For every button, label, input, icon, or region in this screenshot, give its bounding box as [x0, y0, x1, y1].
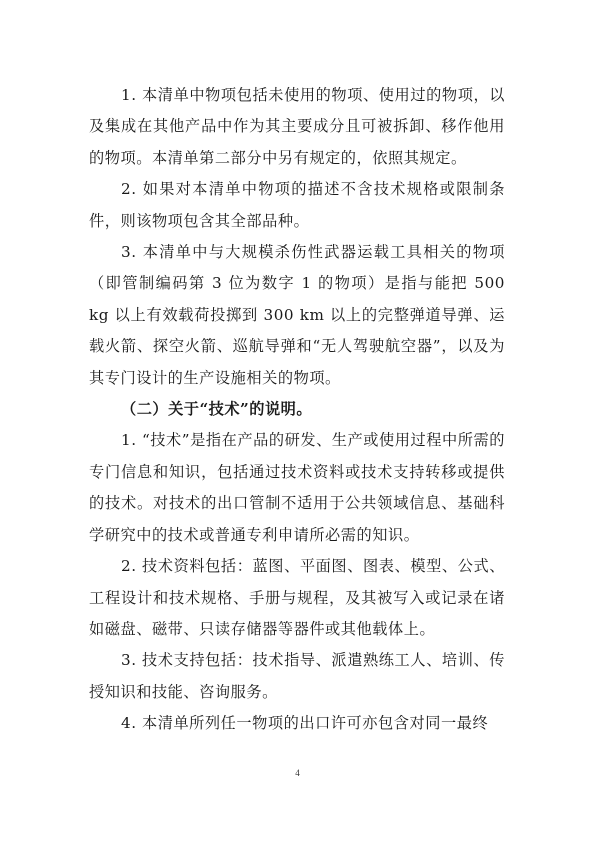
paragraph-technical-assistance: 3. 技术支持包括：技术指导、派遣熟练工人、培训、传授知识和技能、咨询服务。: [89, 645, 505, 708]
paragraph-technical-data: 2. 技术资料包括：蓝图、平面图、图表、模型、公式、工程设计和技术规格、手册与规…: [89, 551, 505, 645]
paragraph-technology-definition: 1. “技术”是指在产品的研发、生产或使用过程中所需的专门信息和知识，包括通过技…: [89, 425, 505, 551]
section-heading-technology: （二）关于“技术”的说明。: [89, 394, 505, 425]
paragraph-export-license: 4. 本清单所列任一物项的出口许可亦包含对同一最终: [89, 708, 505, 739]
paragraph-item-specs: 2. 如果对本清单中物项的描述不含技术规格或限制条件，则该物项包含其全部品种。: [89, 174, 505, 237]
paragraph-wmd-delivery: 3. 本清单中与大规模杀伤性武器运载工具相关的物项（即管制编码第 3 位为数字 …: [89, 237, 505, 394]
page-body: 1. 本清单中物项包括未使用的物项、使用过的物项，以及集成在其他产品中作为其主要…: [89, 80, 505, 740]
page-number: 4: [0, 768, 595, 778]
paragraph-item-scope: 1. 本清单中物项包括未使用的物项、使用过的物项，以及集成在其他产品中作为其主要…: [89, 80, 505, 174]
document-page: 1. 本清单中物项包括未使用的物项、使用过的物项，以及集成在其他产品中作为其主要…: [0, 0, 595, 841]
